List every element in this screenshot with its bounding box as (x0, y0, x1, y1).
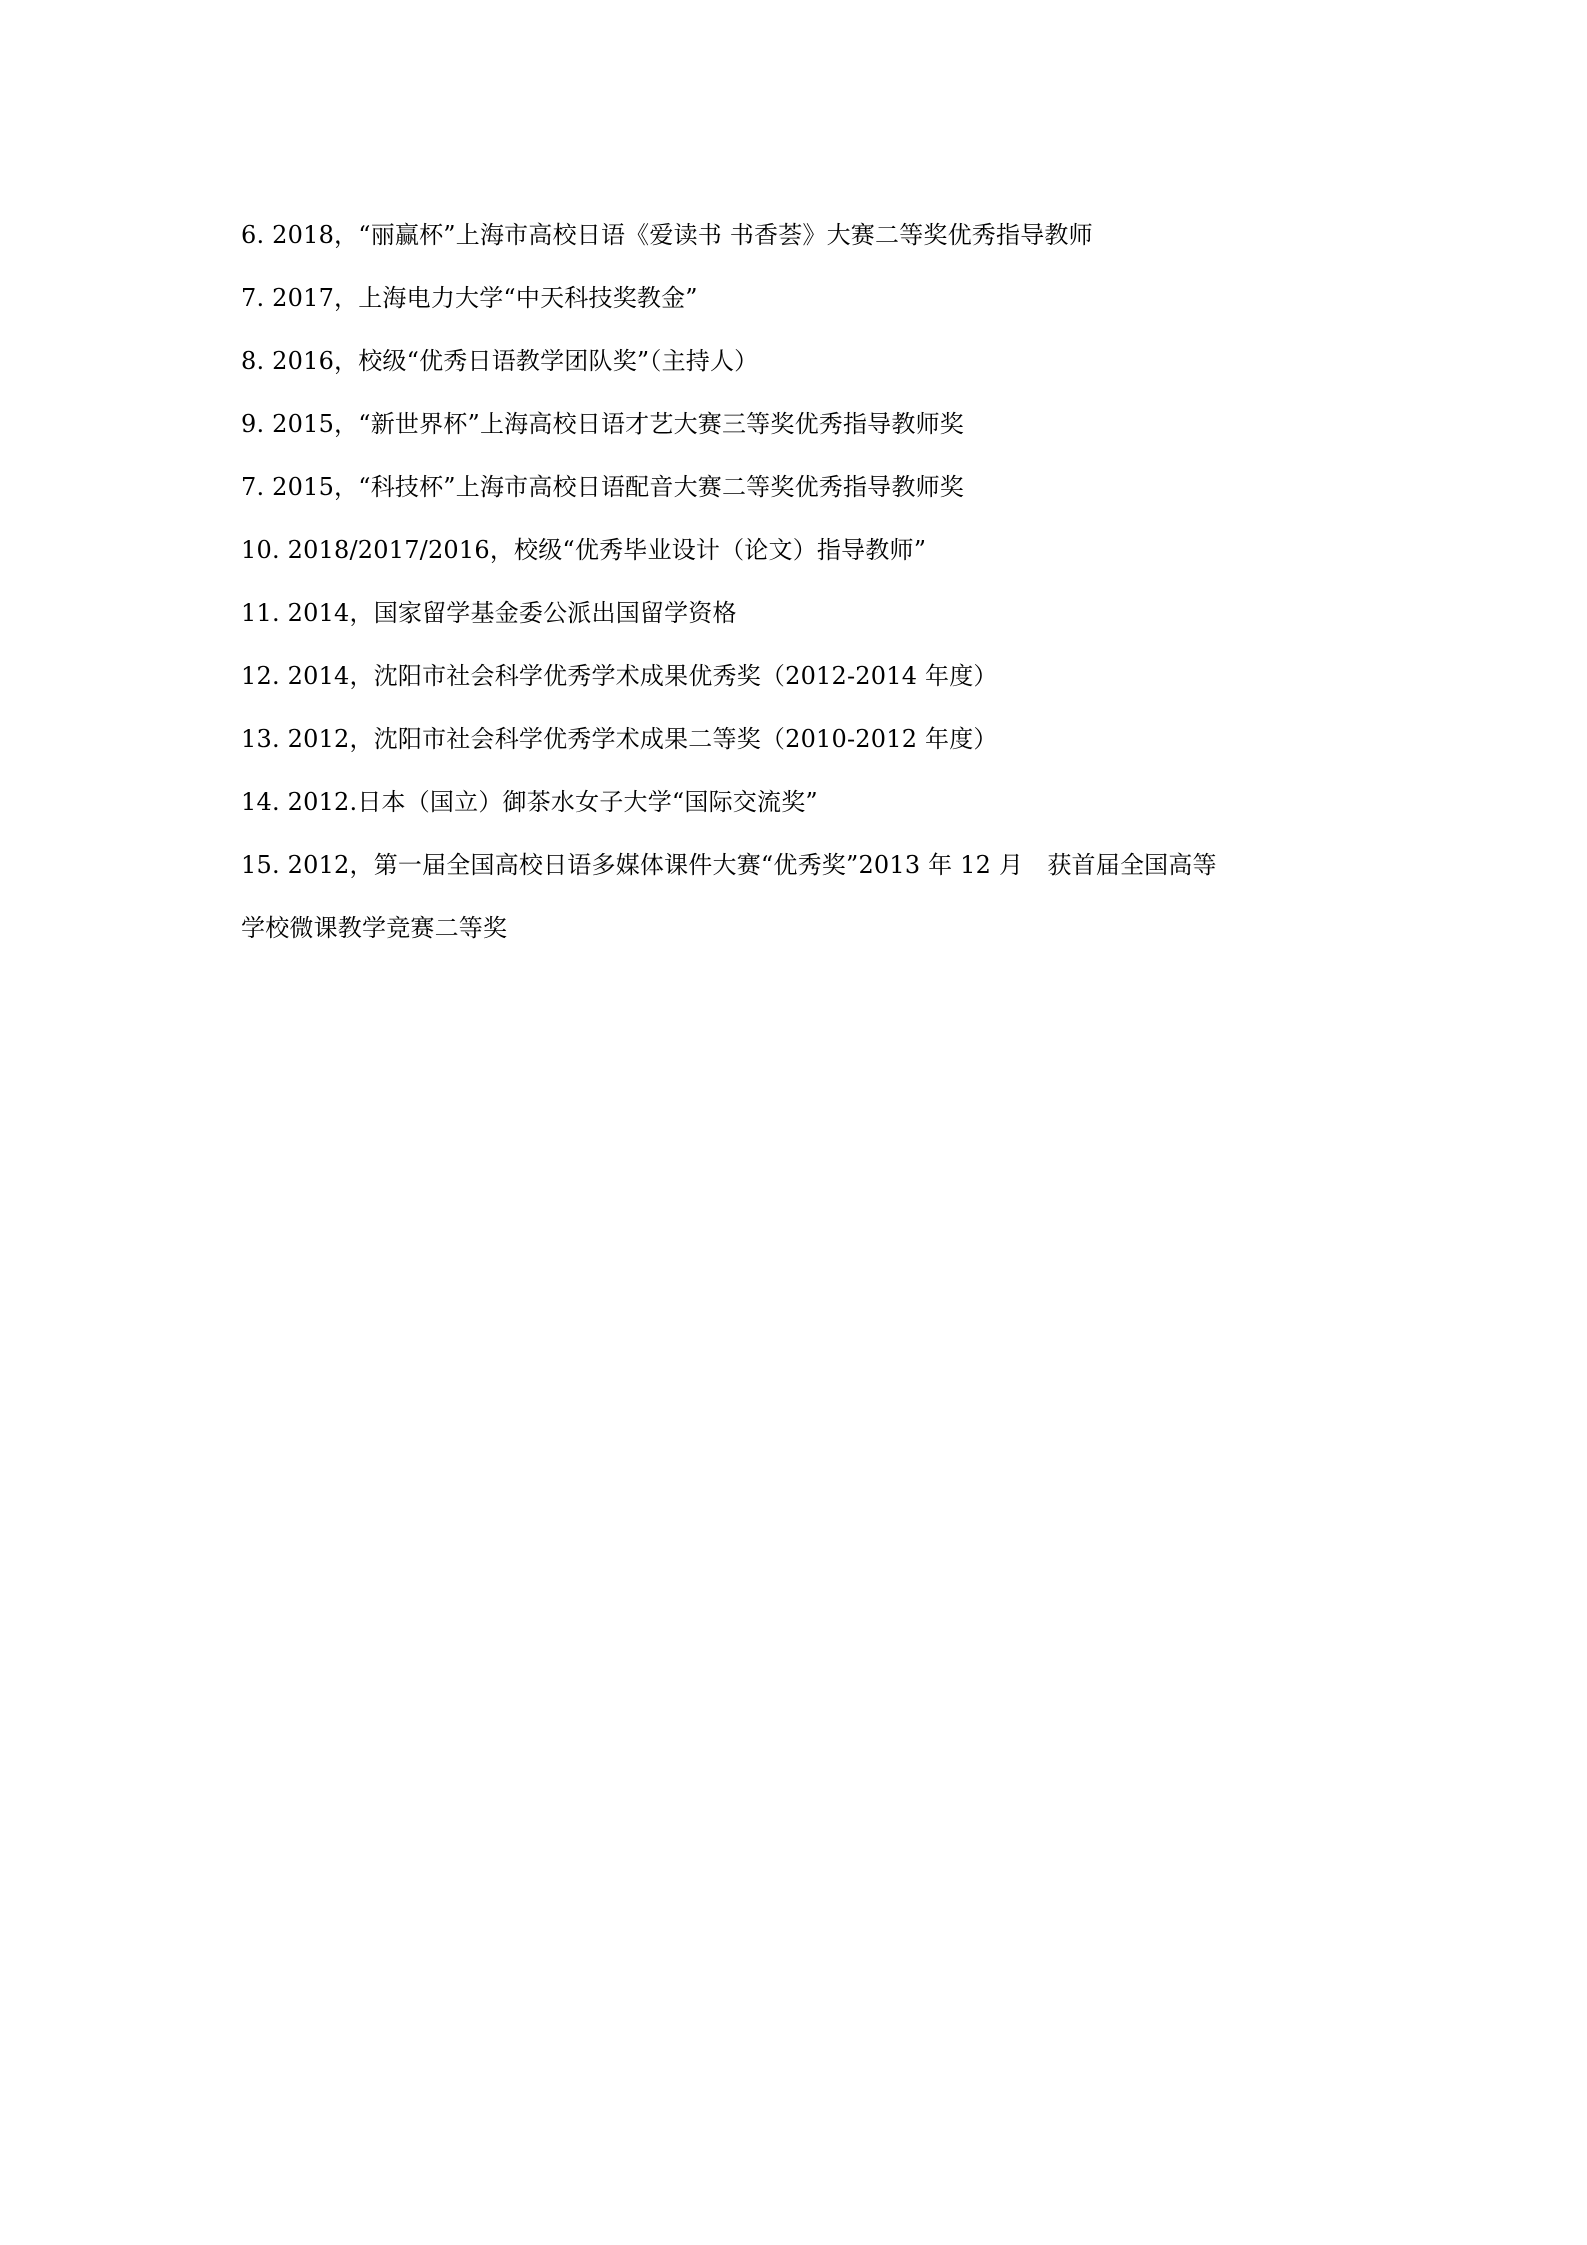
item-number: 9. (241, 393, 272, 456)
item-text: 2015，“新世界杯”上海高校日语才艺大赛三等奖优秀指导教师奖 (272, 410, 964, 438)
item-number: 14. (241, 771, 288, 834)
item-number: 15. (241, 834, 288, 897)
list-item: 12.2014，沈阳市社会科学优秀学术成果优秀奖（2012-2014 年度） (241, 645, 1361, 708)
list-item: 9.2015，“新世界杯”上海高校日语才艺大赛三等奖优秀指导教师奖 (241, 393, 1361, 456)
list-item: 13.2012，沈阳市社会科学优秀学术成果二等奖（2010-2012 年度） (241, 708, 1361, 771)
item-text: 2018/2017/2016，校级“优秀毕业设计（论文）指导教师” (288, 536, 927, 564)
list-item: 7.2017，上海电力大学“中天科技奖教金” (241, 267, 1361, 330)
list-item: 15.2012，第一届全国高校日语多媒体课件大赛“优秀奖”2013 年 12 月… (241, 834, 1361, 897)
list-item: 11.2014，国家留学基金委公派出国留学资格 (241, 582, 1361, 645)
document-page: 6.2018，“丽赢杯”上海市高校日语《爱读书 书香荟》大赛二等奖优秀指导教师 … (241, 204, 1361, 960)
item-text: 2012，第一届全国高校日语多媒体课件大赛“优秀奖”2013 年 12 月 获首… (288, 851, 1217, 879)
item-text: 2017，上海电力大学“中天科技奖教金” (272, 284, 698, 312)
item-text: 2015，“科技杯”上海市高校日语配音大赛二等奖优秀指导教师奖 (272, 473, 964, 501)
item-number: 11. (241, 582, 288, 645)
item-number: 10. (241, 519, 288, 582)
item-text: 2012，沈阳市社会科学优秀学术成果二等奖（2010-2012 年度） (288, 725, 998, 753)
list-item: 6.2018，“丽赢杯”上海市高校日语《爱读书 书香荟》大赛二等奖优秀指导教师 (241, 204, 1361, 267)
item-text: 2018，“丽赢杯”上海市高校日语《爱读书 书香荟》大赛二等奖优秀指导教师 (272, 221, 1093, 249)
list-item: 14.2012.日本（国立）御茶水女子大学“国际交流奖” (241, 771, 1361, 834)
list-item: 10.2018/2017/2016，校级“优秀毕业设计（论文）指导教师” (241, 519, 1361, 582)
list-item: 7.2015，“科技杯”上海市高校日语配音大赛二等奖优秀指导教师奖 (241, 456, 1361, 519)
item-number: 7. (241, 456, 272, 519)
list-item: 8.2016，校级“优秀日语教学团队奖”（主持人） (241, 330, 1361, 393)
item-number: 12. (241, 645, 288, 708)
item-text: 2014，沈阳市社会科学优秀学术成果优秀奖（2012-2014 年度） (288, 662, 998, 690)
item-number: 7. (241, 267, 272, 330)
item-number: 6. (241, 204, 272, 267)
list-item-continuation: 学校微课教学竞赛二等奖 (241, 897, 1361, 960)
item-number: 13. (241, 708, 288, 771)
item-text: 2016，校级“优秀日语教学团队奖”（主持人） (272, 347, 758, 375)
item-number: 8. (241, 330, 272, 393)
item-text: 2012.日本（国立）御茶水女子大学“国际交流奖” (288, 788, 818, 816)
item-text: 2014，国家留学基金委公派出国留学资格 (288, 599, 737, 627)
